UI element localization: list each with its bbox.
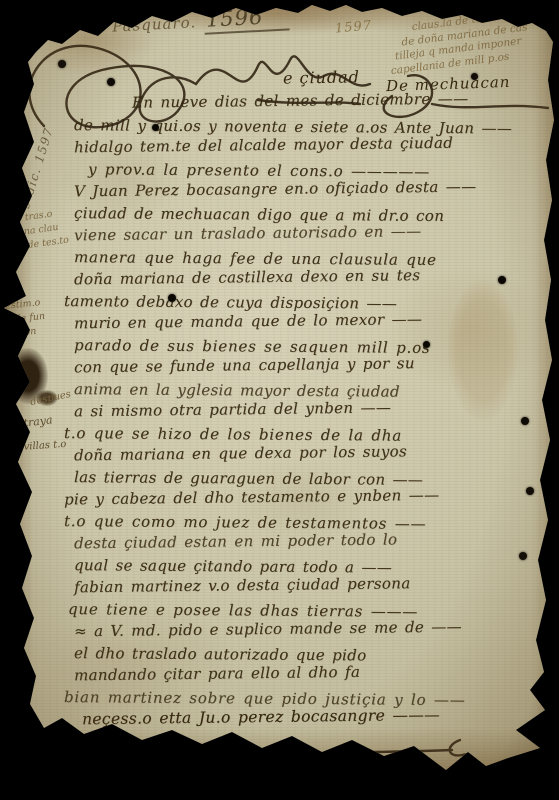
manuscript-line: viene sacar un traslado autorisado en —— bbox=[62, 219, 532, 247]
ink-dot bbox=[526, 487, 534, 495]
margin-note-foundation: testim.o de la fun dacion bbox=[1, 296, 47, 342]
manuscript-line: En nueve dias del mes de diciembre —— bbox=[62, 87, 532, 115]
manuscript-line: V Juan Perez bocasangre en.o ofiçiado de… bbox=[62, 175, 532, 203]
manuscript-line: murio en que manda que de lo mexor —— bbox=[62, 307, 532, 335]
ink-dot bbox=[471, 73, 478, 80]
ink-dot bbox=[498, 276, 506, 284]
ink-dot bbox=[519, 552, 527, 560]
manuscript-line: ≈ a V. md. pido e suplico mande se me de… bbox=[62, 615, 532, 643]
manuscript-line: doña mariana en que dexa por los suyos bbox=[62, 439, 532, 467]
manuscript-scan: Pasquaro.1596 1597 claus.la de testam.to… bbox=[0, 0, 559, 800]
ink-dot bbox=[107, 78, 115, 86]
ink-dot bbox=[58, 60, 66, 68]
archival-header: Pasquaro.1596 bbox=[111, 3, 289, 36]
manuscript-line: pie y cabeza del dho testamento e ynben … bbox=[62, 483, 532, 511]
ink-dot bbox=[423, 341, 430, 348]
manuscript-line: fabian martinez v.o desta çiudad persona bbox=[62, 571, 532, 599]
heading-ciudad: e çiudad bbox=[283, 67, 360, 87]
ink-dot bbox=[521, 417, 529, 425]
manuscript-line: doña mariana de castillexa dexo en su te… bbox=[62, 263, 532, 291]
ink-dot bbox=[168, 294, 176, 302]
place-label: Pasquaro. bbox=[112, 13, 197, 35]
manuscript-line: mandando çitar para ello al dho fa bbox=[62, 659, 532, 687]
closing-rubric-monogram bbox=[79, 746, 124, 773]
manuscript-body: En nueve dias del mes de diciembre —— de… bbox=[62, 92, 532, 730]
manuscript-page: Pasquaro.1596 1597 claus.la de testam.to… bbox=[0, 0, 559, 800]
manuscript-line: desta çiudad estan en mi poder todo lo bbox=[62, 527, 532, 555]
manuscript-line: con que se funde una capellanja y por su bbox=[62, 351, 532, 379]
manuscript-line: neçess.o etta Ju.o perez bocasangre ——— bbox=[62, 703, 532, 731]
margin-note-request: pide tras.o de una clau sula de tes.to bbox=[0, 206, 70, 257]
manuscript-line: a si mismo otra partida del ynben —— bbox=[62, 395, 532, 423]
year-label: 1596 bbox=[203, 3, 290, 34]
manuscript-line: hidalgo tem.te del alcalde mayor desta ç… bbox=[62, 131, 532, 159]
ink-dot bbox=[152, 124, 159, 131]
